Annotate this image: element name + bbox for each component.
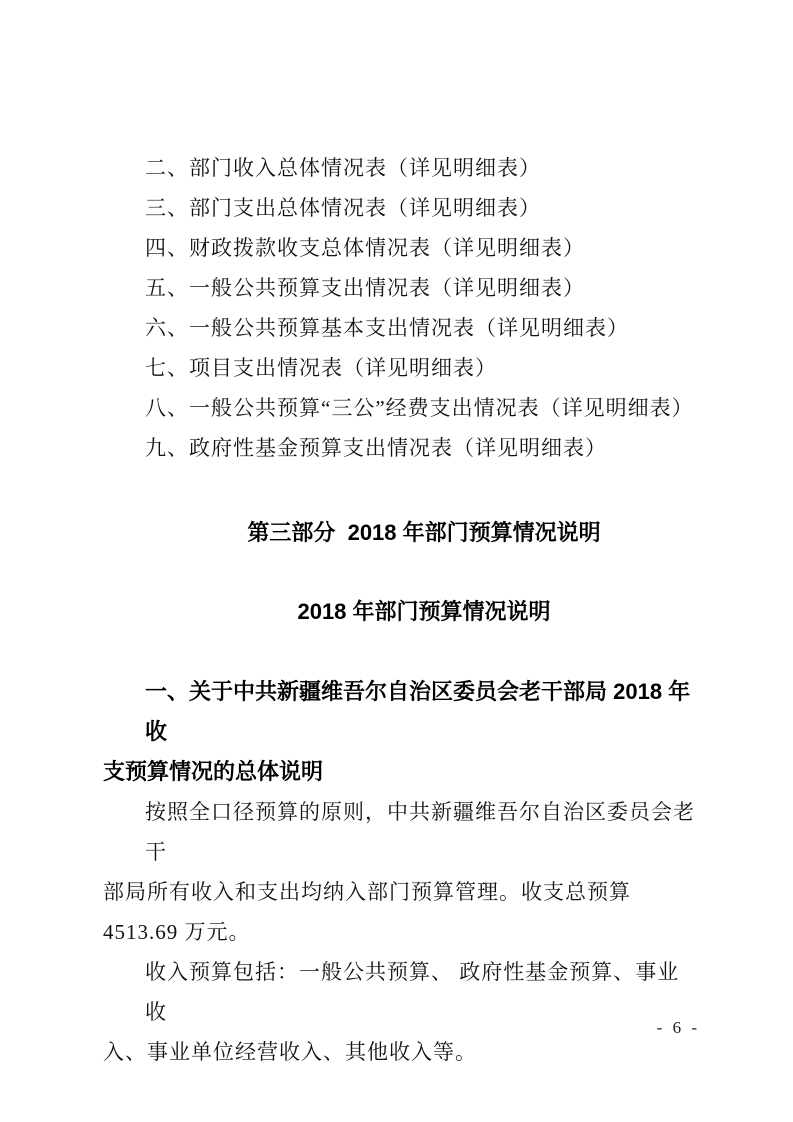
toc-item: 五、一般公共预算支出情况表（详见明细表） (103, 268, 700, 308)
part-subtitle: 2018 年部门预算情况说明 (148, 592, 700, 632)
page-number: - 6 - (657, 1016, 700, 1040)
part-title: 第三部分 2018 年部门预算情况说明 (148, 513, 700, 553)
section-heading: 一、关于中共新疆维吾尔自治区委员会老干部局 2018 年收 支预算情况的总体说明 (103, 672, 700, 792)
paragraph: 按照全口径预算的原则，中共新疆维吾尔自治区委员会老干 部局所有收入和支出均纳入部… (103, 792, 700, 952)
paragraph-line: 收入预算包括：一般公共预算、 政府性基金预算、事业收 (103, 952, 700, 1032)
toc-item: 二、部门收入总体情况表（详见明细表） (103, 148, 700, 188)
toc-item: 六、一般公共预算基本支出情况表（详见明细表） (103, 308, 700, 348)
toc-item: 三、部门支出总体情况表（详见明细表） (103, 188, 700, 228)
document-page: 二、部门收入总体情况表（详见明细表） 三、部门支出总体情况表（详见明细表） 四、… (0, 0, 793, 1122)
paragraph-line: 4513.69 万元。 (103, 912, 700, 952)
toc-item: 八、一般公共预算“三公”经费支出情况表（详见明细表） (103, 388, 700, 428)
toc-item: 四、财政拨款收支总体情况表（详见明细表） (103, 228, 700, 268)
paragraph-line: 入、事业单位经营收入、其他收入等。 (103, 1032, 700, 1072)
section-heading-line: 支预算情况的总体说明 (103, 752, 700, 792)
paragraph: 收入预算包括：一般公共预算、 政府性基金预算、事业收 入、事业单位经营收入、其他… (103, 952, 700, 1072)
toc-item: 七、项目支出情况表（详见明细表） (103, 348, 700, 388)
paragraph-line: 部局所有收入和支出均纳入部门预算管理。收支总预算 (103, 872, 700, 912)
table-of-contents: 二、部门收入总体情况表（详见明细表） 三、部门支出总体情况表（详见明细表） 四、… (103, 148, 700, 468)
toc-item: 九、政府性基金预算支出情况表（详见明细表） (103, 428, 700, 468)
section-heading-line: 一、关于中共新疆维吾尔自治区委员会老干部局 2018 年收 (103, 672, 700, 752)
paragraph-line: 按照全口径预算的原则，中共新疆维吾尔自治区委员会老干 (103, 792, 700, 872)
